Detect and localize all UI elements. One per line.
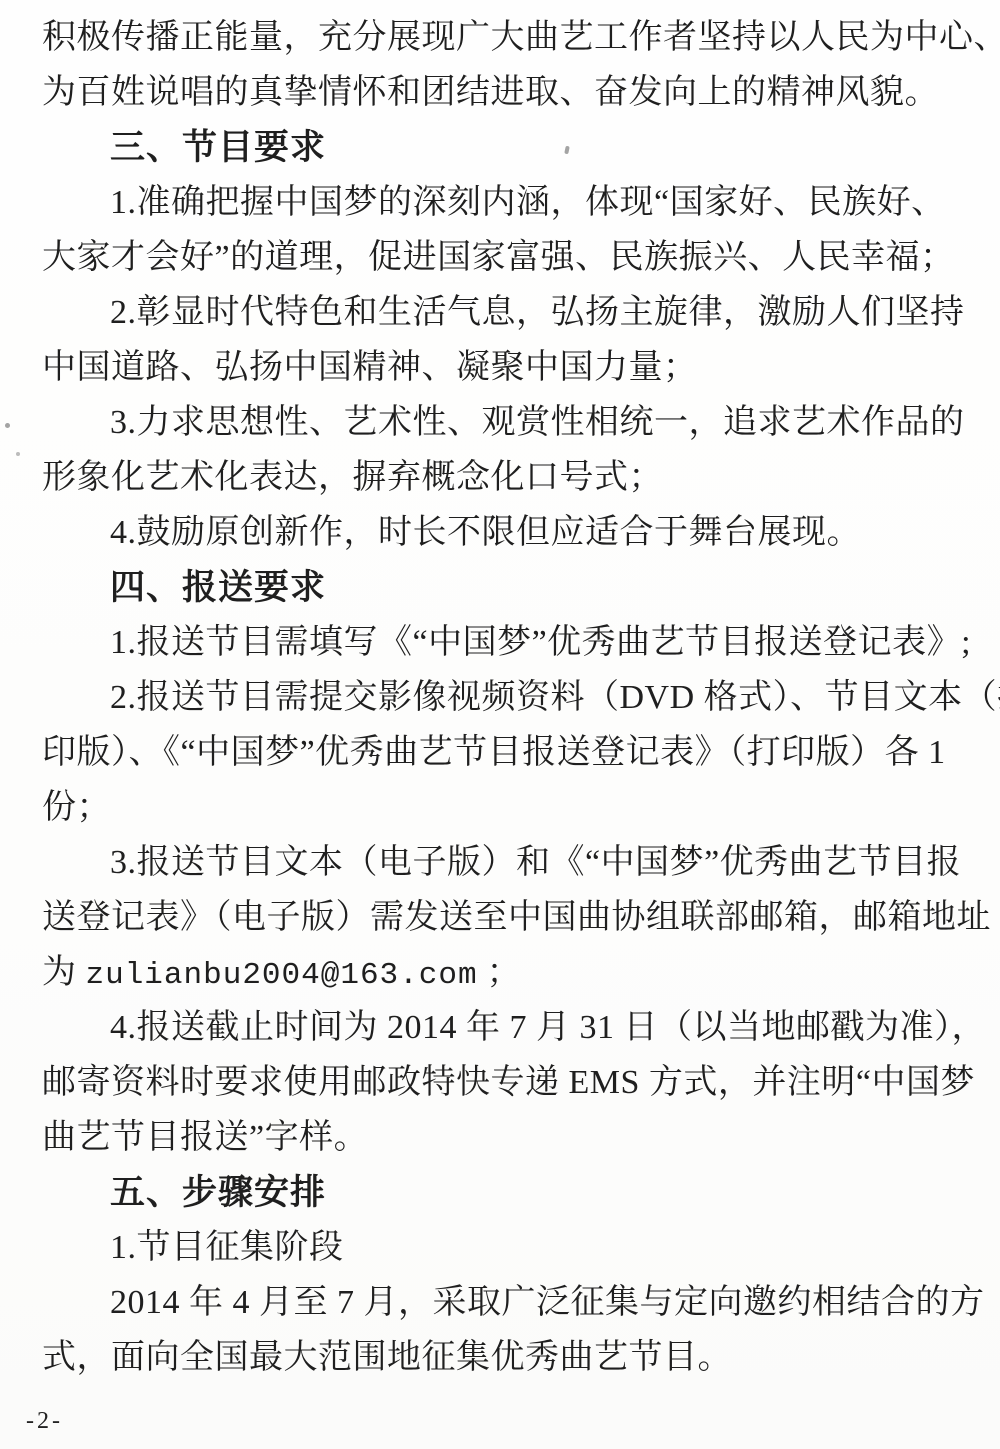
text-line: 4.鼓励原创新作，时长不限但应适合于舞台展现。 xyxy=(42,505,960,560)
text-line: 4.报送截止时间为 2014 年 7 月 31 日（以当地邮戳为准）， xyxy=(42,1000,960,1055)
scanned-document-page: 积极传播正能量，充分展现广大曲艺工作者坚持以人民为中心、为百姓说唱的真挚情怀和团… xyxy=(0,0,1000,1449)
text-line: 1.节目征集阶段 xyxy=(42,1220,960,1275)
text-line: 积极传播正能量，充分展现广大曲艺工作者坚持以人民为中心、 xyxy=(42,10,960,65)
text-line: 送登记表》（电子版）需发送至中国曲协组联部邮箱，邮箱地址 xyxy=(42,890,960,945)
text-line: 3.报送节目文本（电子版）和《“中国梦”优秀曲艺节目报 xyxy=(42,835,960,890)
text-line: 曲艺节目报送”字样。 xyxy=(42,1110,960,1165)
scan-speck xyxy=(5,423,10,428)
page-number: -2- xyxy=(26,1408,63,1435)
text-run: 为 xyxy=(42,954,86,991)
document-body: 积极传播正能量，充分展现广大曲艺工作者坚持以人民为中心、为百姓说唱的真挚情怀和团… xyxy=(42,10,960,1385)
text-line: 印版）、《“中国梦”优秀曲艺节目报送登记表》（打印版）各 1 xyxy=(42,725,960,780)
email-address: zulianbu2004@163.com xyxy=(86,958,478,993)
text-line: 为 zulianbu2004@163.com ； xyxy=(42,945,960,1000)
text-line: 大家才会好”的道理，促进国家富强、民族振兴、人民幸福； xyxy=(42,230,960,285)
text-line: 2014 年 4 月至 7 月，采取广泛征集与定向邀约相结合的方 xyxy=(42,1275,960,1330)
section-heading: 三、节目要求 xyxy=(42,120,960,175)
text-run: ； xyxy=(478,954,522,991)
text-line: 1.准确把握中国梦的深刻内涵，体现“国家好、民族好、 xyxy=(42,175,960,230)
text-line: 3.力求思想性、艺术性、观赏性相统一，追求艺术作品的 xyxy=(42,395,960,450)
section-heading: 五、步骤安排 xyxy=(42,1165,960,1220)
text-line: 份； xyxy=(42,780,960,835)
text-line: 形象化艺术化表达，摒弃概念化口号式； xyxy=(42,450,960,505)
text-line: 为百姓说唱的真挚情怀和团结进取、奋发向上的精神风貌。 xyxy=(42,65,960,120)
text-line: 式，面向全国最大范围地征集优秀曲艺节目。 xyxy=(42,1330,960,1385)
scan-speck xyxy=(16,452,20,456)
text-line: 2.彰显时代特色和生活气息，弘扬主旋律，激励人们坚持 xyxy=(42,285,960,340)
text-line: 中国道路、弘扬中国精神、凝聚中国力量； xyxy=(42,340,960,395)
text-line: 1.报送节目需填写《“中国梦”优秀曲艺节目报送登记表》; xyxy=(42,615,960,670)
text-line: 邮寄资料时要求使用邮政特快专递 EMS 方式，并注明“中国梦 xyxy=(42,1055,960,1110)
text-line: 2.报送节目需提交影像视频资料（DVD 格式）、节目文本（打 xyxy=(42,670,960,725)
section-heading: 四、报送要求 xyxy=(42,560,960,615)
